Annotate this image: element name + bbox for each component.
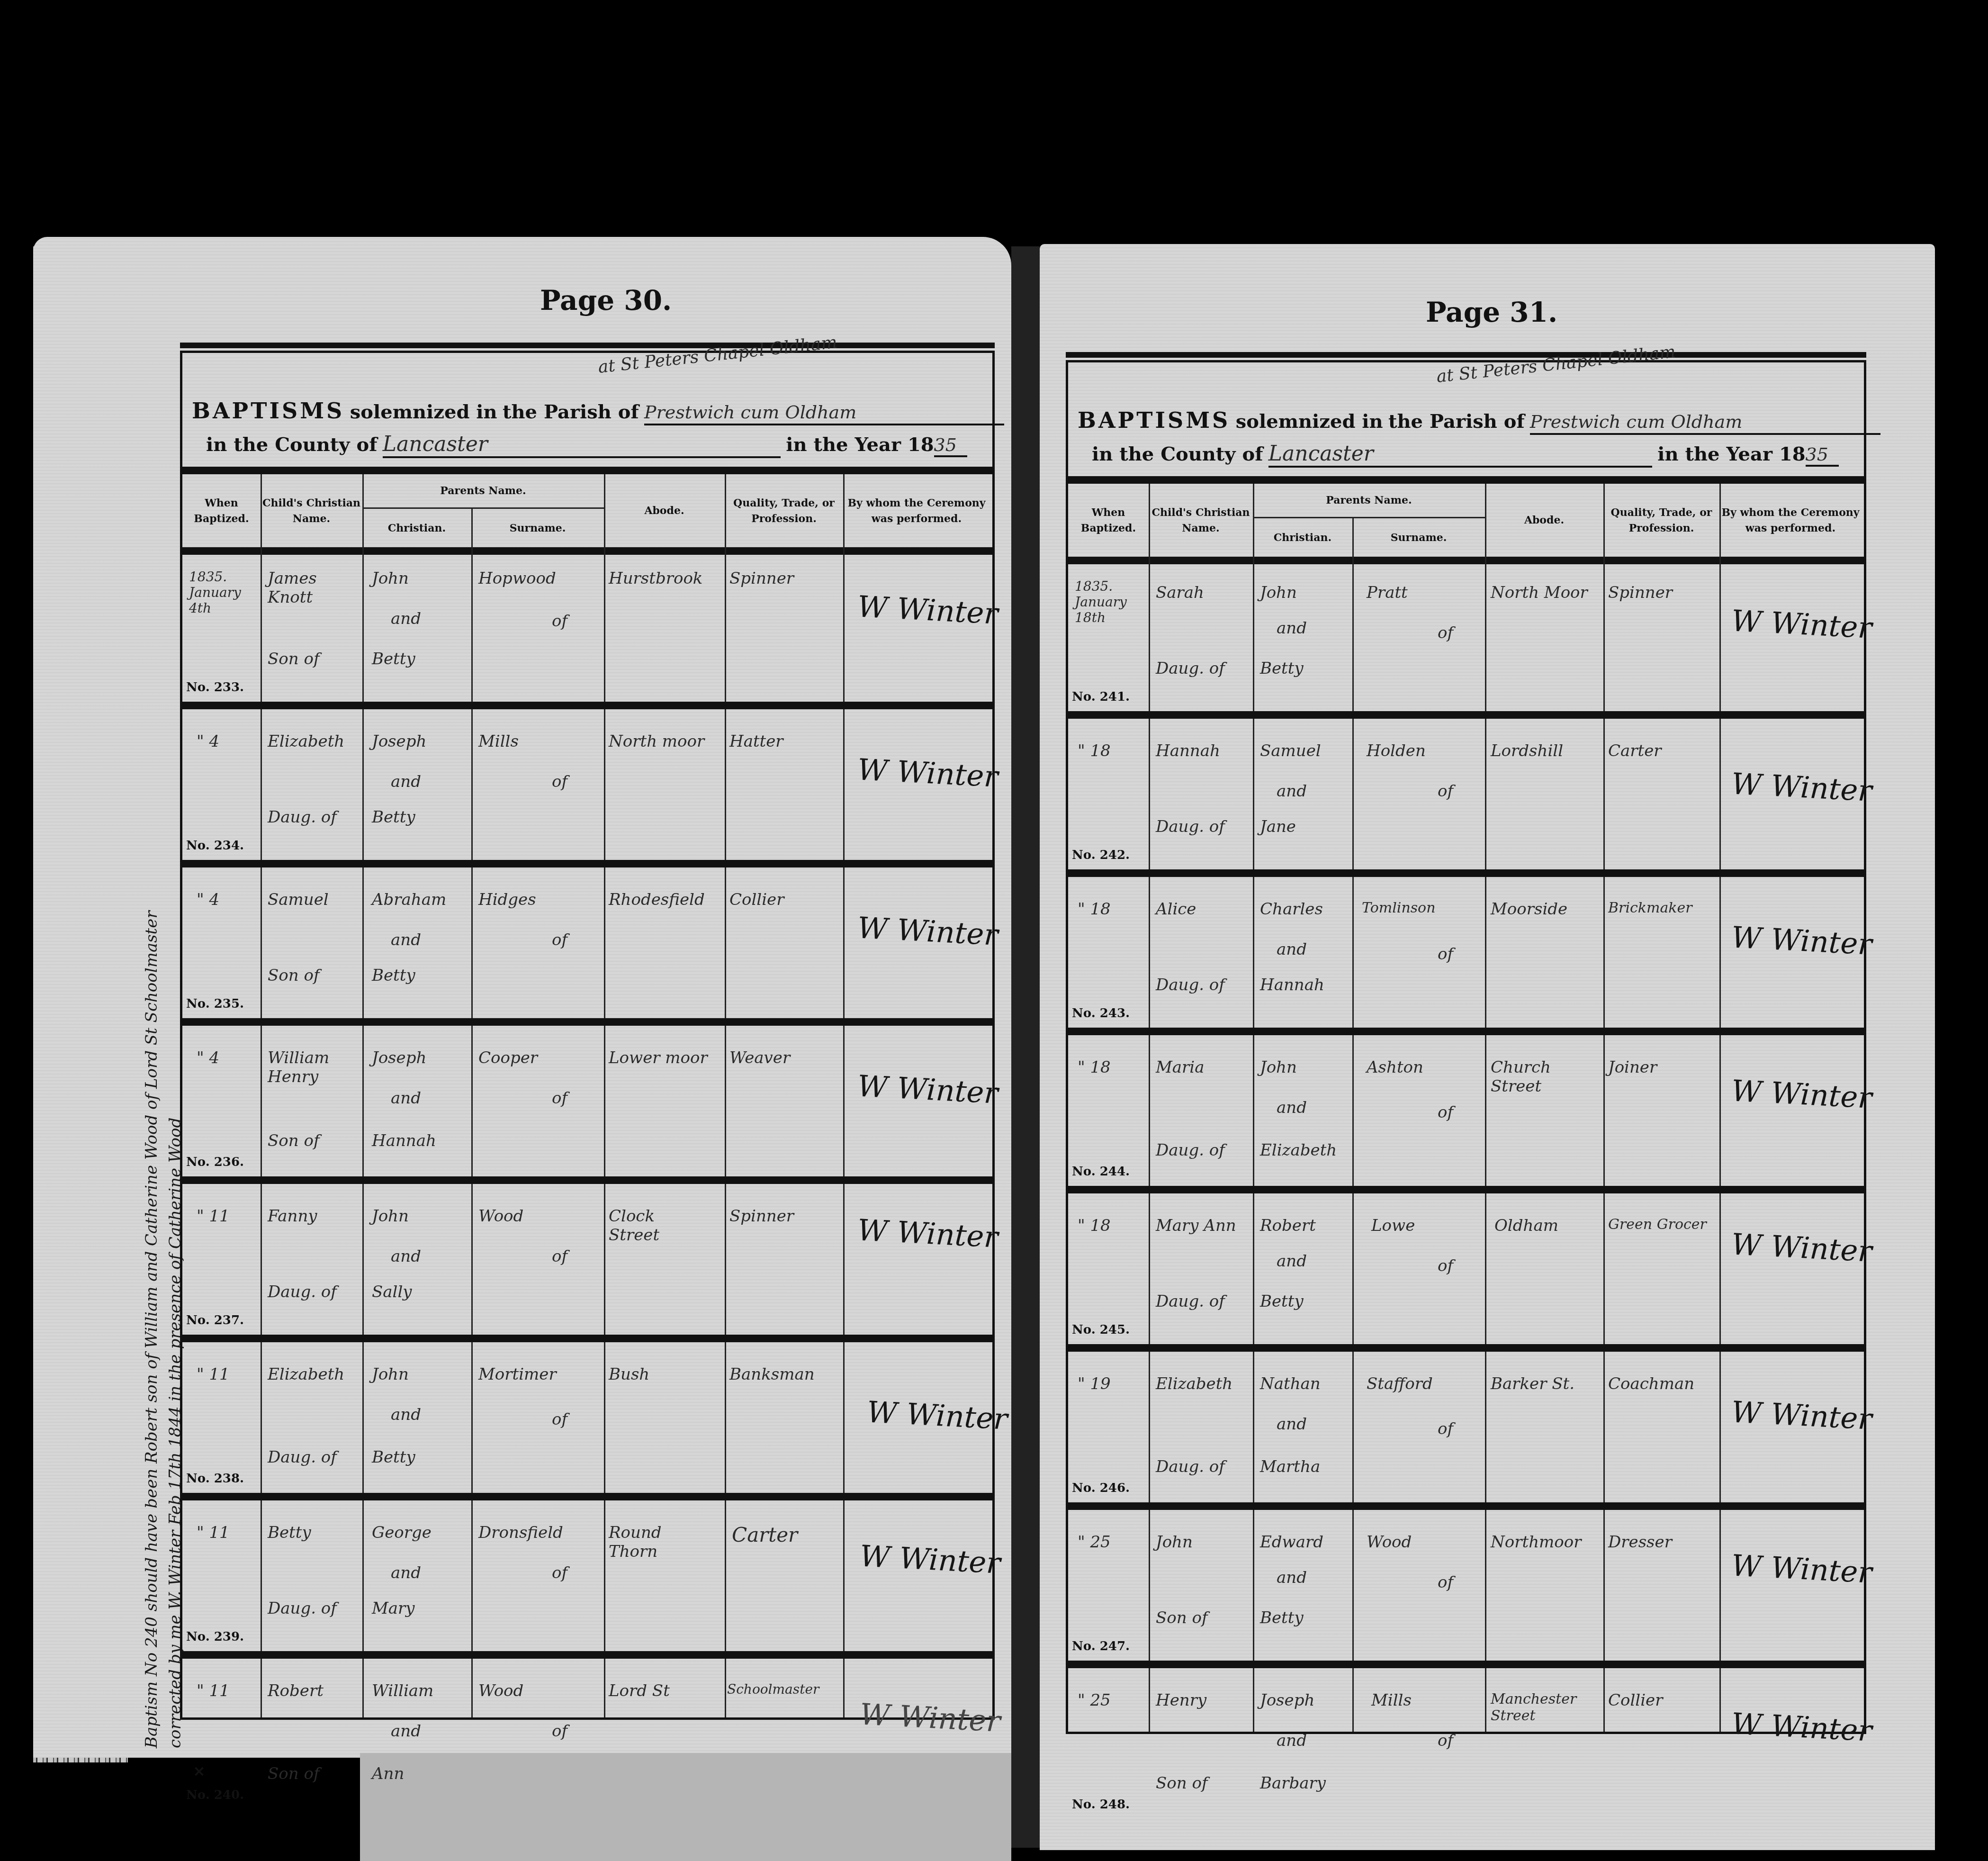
row-rule [182, 702, 992, 709]
county-value: Lancaster [1268, 442, 1374, 466]
entry-relation: Daug. of [1156, 976, 1225, 994]
entry-abode: North moor [609, 732, 704, 751]
entry-of: of [552, 930, 567, 949]
entry-number: No. 238. [186, 1472, 244, 1486]
entry-relation: Son of [268, 1764, 320, 1783]
entry-date: " 11 [197, 1365, 230, 1384]
baptisms-label: BAPTISMS [192, 398, 344, 424]
entry-abode: Manchester Street [1491, 1691, 1581, 1724]
entry-relation: Daug. of [1156, 1292, 1225, 1311]
col-parents: Parents Name. [362, 474, 604, 507]
county-label: in the County of [206, 434, 377, 456]
entry-row: " 11 Elizabeth Daug. of John and Betty M… [182, 1346, 992, 1497]
entry-row: " 4 William Henry Son of Joseph and Hann… [182, 1030, 992, 1180]
col-child: Child's Christian Name. [261, 474, 362, 548]
entry-number: No. 242. [1072, 848, 1130, 862]
row-rule [1068, 1661, 1864, 1668]
entry-and: and [1277, 1731, 1307, 1750]
entry-surname: Cooper [478, 1048, 538, 1067]
entry-row: " 4 Elizabeth Daug. of Joseph and Betty … [182, 713, 992, 864]
entry-surname: Ashton [1367, 1058, 1423, 1077]
entry-trade: Collier [729, 890, 784, 909]
entry-father: William [372, 1681, 433, 1700]
entry-and: and [1277, 1415, 1307, 1434]
baptisms-label: BAPTISMS [1078, 407, 1230, 433]
entry-of: of [1438, 945, 1453, 964]
entry-mother: Betty [1260, 1292, 1304, 1311]
entry-mother: Betty [372, 1448, 415, 1467]
entry-date: 1835. January 4th [189, 569, 260, 616]
entry-trade: Green Grocer [1608, 1216, 1707, 1233]
register-table-right: at St Peters Chapel Oldham BAPTISMS sole… [1066, 360, 1866, 1734]
entry-number: No. 239. [186, 1630, 244, 1644]
parish-field: Prestwich cum Oldham [644, 398, 1004, 425]
entry-child: Hannah [1156, 741, 1220, 760]
entry-of: of [552, 612, 567, 631]
row-rule [1068, 1186, 1864, 1193]
entry-abode: Oldham [1494, 1216, 1558, 1235]
entry-trade: Brickmaker [1608, 900, 1692, 916]
minister-signature: W Winter [1730, 1227, 1872, 1268]
entry-surname: Mortimer [478, 1365, 557, 1384]
entry-relation: Son of [1156, 1774, 1208, 1793]
entry-of: of [552, 1410, 567, 1429]
entry-child: Samuel [268, 890, 329, 909]
entry-mother: Betty [1260, 659, 1304, 678]
entry-of: of [1438, 1256, 1453, 1275]
entry-relation: Daug. of [268, 1448, 337, 1467]
col-christian: Christian. [362, 509, 471, 547]
entry-surname: Hidges [478, 890, 536, 909]
register-header: at St Peters Chapel Oldham BAPTISMS sole… [1068, 362, 1864, 471]
minister-signature: W Winter [856, 1212, 998, 1254]
entry-row: " 11 Fanny Daug. of John and Sally Wood … [182, 1188, 992, 1338]
entry-abode: Lower moor [609, 1048, 708, 1067]
row-rule [182, 1018, 992, 1026]
minister-signature: W Winter [856, 589, 998, 631]
entry-relation: Daug. of [1156, 1141, 1225, 1160]
entry-date: " 4 [197, 890, 219, 909]
county-field: Lancaster [383, 431, 781, 458]
entry-and: and [391, 609, 421, 628]
entry-number: No. 234. [186, 839, 244, 853]
entry-of: of [1438, 1103, 1453, 1122]
entry-mother: Barbary [1260, 1774, 1326, 1793]
entry-of: of [552, 1563, 567, 1582]
county-value: Lancaster [383, 432, 488, 456]
entry-and: and [1277, 782, 1307, 801]
entry-surname: Wood [478, 1207, 523, 1226]
entry-and: and [391, 1089, 421, 1108]
entry-number: No. 248. [1072, 1798, 1130, 1812]
entry-date: " 4 [197, 1048, 219, 1067]
entry-child: Sarah [1156, 583, 1204, 602]
entry-father: Samuel [1260, 741, 1321, 760]
entry-child: Maria [1156, 1058, 1204, 1077]
entry-row: " 18 Alice Daug. of Charles and Hannah T… [1068, 881, 1864, 1031]
entry-date: " 18 [1078, 1216, 1111, 1235]
entry-father: Joseph [372, 732, 426, 751]
entry-of: of [552, 1722, 567, 1741]
entry-mother: Sally [372, 1283, 412, 1301]
col-by-whom: By whom the Ceremony was performed. [1719, 484, 1862, 557]
entry-and: and [1277, 1568, 1307, 1587]
row-rule [1068, 711, 1864, 719]
year-label: in the Year 18 [1657, 443, 1805, 465]
entry-row: " 18 Hannah Daug. of Samuel and Jane Hol… [1068, 723, 1864, 873]
entry-father: John [1260, 583, 1297, 602]
parish-value: Prestwich cum Oldham [644, 402, 856, 423]
entry-surname: Holden [1367, 741, 1426, 760]
header-line-county: in the County of Lancaster in the Year 1… [206, 431, 967, 458]
entry-relation: Son of [1156, 1608, 1208, 1627]
entry-number: No. 241. [1072, 690, 1130, 704]
county-label: in the County of [1092, 443, 1263, 465]
header-rule [1068, 476, 1864, 484]
minister-signature: W Winter [1730, 1706, 1872, 1748]
entry-child: Robert [268, 1681, 324, 1700]
entry-child: James Knott [268, 569, 358, 607]
entry-and: and [391, 1563, 421, 1582]
entry-mother: Betty [372, 650, 415, 669]
entry-mother: Betty [1260, 1608, 1304, 1627]
row-rule [182, 860, 992, 867]
entry-of: of [552, 1247, 567, 1266]
register-table-left: at St Peters Chapel Oldham BAPTISMS sole… [180, 351, 995, 1720]
year-label: in the Year 18 [786, 434, 934, 456]
entry-surname: Stafford [1367, 1374, 1433, 1393]
entry-number: No. 240. [186, 1788, 244, 1802]
entry-number: No. 243. [1072, 1006, 1130, 1021]
entry-father: Joseph [1260, 1691, 1314, 1710]
correction-mark: × [193, 1762, 206, 1780]
entry-number: No. 233. [186, 680, 244, 695]
entry-child: Elizabeth [1156, 1374, 1232, 1393]
row-rule [182, 1651, 992, 1659]
entry-row: " 11 Robert Son of William and Ann Wood … [182, 1662, 992, 1813]
parish-value: Prestwich cum Oldham [1530, 411, 1742, 432]
entry-abode: Northmoor [1491, 1533, 1581, 1552]
entry-date: " 18 [1078, 900, 1111, 919]
entry-of: of [1438, 1419, 1453, 1438]
entry-row: " 18 Maria Daug. of John and Elizabeth A… [1068, 1039, 1864, 1190]
entry-row: " 25 John Son of Edward and Betty Wood o… [1068, 1514, 1864, 1664]
entry-trade: Collier [1608, 1691, 1663, 1710]
entry-of: of [552, 772, 567, 791]
entry-trade: Weaver [729, 1048, 790, 1067]
entry-relation: Son of [268, 1131, 320, 1150]
entry-father: John [372, 569, 409, 588]
entry-surname: Hopwood [478, 569, 556, 588]
parents-subrule [1253, 517, 1485, 518]
entry-number: No. 236. [186, 1155, 244, 1169]
entry-number: No. 245. [1072, 1323, 1130, 1337]
entry-and: and [391, 772, 421, 791]
entry-trade: Spinner [729, 1207, 794, 1226]
entry-child: John [1156, 1533, 1193, 1552]
entry-row: 1835. January 18th Sarah Daug. of John a… [1068, 564, 1864, 715]
entry-father: Charles [1260, 900, 1323, 919]
entry-surname: Lowe [1371, 1216, 1415, 1235]
minister-signature: W Winter [856, 752, 998, 794]
entry-and: and [391, 1722, 421, 1741]
year-value: 35 [1806, 444, 1839, 467]
entry-relation: Son of [268, 650, 320, 669]
entry-trade: Dresser [1608, 1533, 1672, 1552]
entry-mother: Hannah [372, 1131, 436, 1150]
minister-signature: W Winter [859, 1697, 1001, 1738]
entry-relation: Daug. of [268, 808, 337, 827]
minister-signature: W Winter [1730, 1394, 1872, 1436]
book-gutter [1011, 246, 1040, 1848]
entry-trade: Carter [1608, 741, 1662, 760]
entry-abode: Barker St. [1491, 1374, 1574, 1393]
entry-number: No. 246. [1072, 1481, 1130, 1495]
row-rule [1068, 1028, 1864, 1035]
entry-abode: Lordshill [1491, 741, 1563, 760]
entry-number: No. 235. [186, 997, 244, 1011]
entry-father: John [1260, 1058, 1297, 1077]
minister-signature: W Winter [1730, 920, 1872, 961]
entry-date: " 18 [1078, 1058, 1111, 1077]
year-value: 35 [934, 434, 967, 457]
parish-field: Prestwich cum Oldham [1530, 408, 1880, 435]
entry-relation: Daug. of [1156, 817, 1225, 836]
entry-child: Elizabeth [268, 1365, 344, 1384]
entry-surname: Dronsfield [478, 1523, 563, 1542]
entry-abode: Church Street [1491, 1058, 1571, 1096]
entry-date: " 19 [1078, 1374, 1111, 1393]
entry-relation: Son of [268, 966, 320, 985]
entry-of: of [552, 1089, 567, 1108]
entry-mother: Betty [372, 966, 415, 985]
minister-signature: W Winter [1730, 1548, 1872, 1590]
entry-row: " 4 Samuel Son of Abraham and Betty Hidg… [182, 871, 992, 1022]
entry-father: Joseph [372, 1048, 426, 1067]
header-rule [182, 467, 992, 474]
entry-abode: Hurstbrook [609, 569, 702, 588]
register-header: at St Peters Chapel Oldham BAPTISMS sole… [182, 353, 992, 462]
entry-surname: Mills [1371, 1691, 1412, 1710]
entry-date: " 11 [197, 1523, 230, 1542]
entry-mother: Mary [372, 1599, 415, 1618]
entry-relation: Daug. of [1156, 1457, 1225, 1476]
entry-row: " 18 Mary Ann Daug. of Robert and Betty … [1068, 1197, 1864, 1348]
header-line-parish: BAPTISMS solemnized in the Parish of Pre… [1078, 407, 1880, 435]
entry-row: 1835. January 4th James Knott Son of Joh… [182, 555, 992, 705]
entry-child: Fanny [268, 1207, 317, 1226]
entry-of: of [1438, 1731, 1453, 1750]
entry-abode: Bush [609, 1365, 649, 1384]
entry-child: Elizabeth [268, 732, 344, 751]
entry-number: No. 237. [186, 1313, 244, 1328]
row-rule [1068, 869, 1864, 877]
entry-date: " 25 [1078, 1533, 1111, 1552]
entry-of: of [1438, 623, 1453, 642]
entry-row: " 11 Betty Daug. of George and Mary Dron… [182, 1504, 992, 1655]
entry-surname: Tomlinson [1362, 900, 1435, 916]
entry-child: Mary Ann [1156, 1216, 1236, 1235]
entry-and: and [391, 930, 421, 949]
col-trade: Quality, Trade, or Profession. [725, 474, 843, 548]
entry-father: Edward [1260, 1533, 1323, 1552]
entry-number: No. 247. [1072, 1639, 1130, 1653]
entry-mother: Martha [1260, 1457, 1320, 1476]
col-when: When Baptized. [1068, 484, 1149, 557]
page-number-left: Page 30. [540, 284, 672, 316]
entry-and: and [1277, 940, 1307, 959]
minister-signature: W Winter [856, 910, 998, 952]
col-surname: Surname. [1352, 519, 1485, 557]
entry-abode: Rhodesfield [609, 890, 705, 909]
header-line-county: in the County of Lancaster in the Year 1… [1092, 441, 1839, 468]
entry-father: John [372, 1365, 409, 1384]
column-header-rule [1068, 557, 1864, 564]
entry-trade: Hatter [729, 732, 783, 751]
parish-label: the Parish of [503, 401, 639, 423]
entry-and: and [1277, 1098, 1307, 1117]
entry-and: and [391, 1247, 421, 1266]
entry-mother: Ann [372, 1764, 404, 1783]
minister-signature: W Winter [1730, 603, 1872, 645]
row-rule [1068, 1344, 1864, 1352]
entry-abode: Moorside [1491, 900, 1567, 919]
entry-and: and [391, 1405, 421, 1424]
entry-and: and [1277, 619, 1307, 638]
entry-mother: Hannah [1260, 976, 1324, 994]
entry-of: of [1438, 782, 1453, 801]
entry-relation: Daug. of [268, 1283, 337, 1301]
minister-signature: W Winter [856, 1068, 998, 1110]
entry-abode: Round Thorn [609, 1523, 684, 1561]
entry-relation: Daug. of [1156, 659, 1225, 678]
entry-row: " 19 Elizabeth Daug. of Nathan and Marth… [1068, 1355, 1864, 1506]
entry-surname: Pratt [1367, 583, 1408, 602]
entry-trade: Banksman [729, 1365, 815, 1384]
entry-father: Nathan [1260, 1374, 1321, 1393]
entry-date: " 4 [197, 732, 219, 751]
entry-number: No. 244. [1072, 1165, 1130, 1179]
entry-of: of [1438, 1573, 1453, 1592]
entry-child: Alice [1156, 900, 1196, 919]
entry-trade: Joiner [1608, 1058, 1657, 1077]
entry-row: " 25 Henry Son of Joseph and Barbary Mil… [1068, 1672, 1864, 1823]
entry-surname: Wood [478, 1681, 523, 1700]
parents-subrule [362, 507, 604, 509]
row-rule [1068, 1502, 1864, 1510]
page-number-right: Page 31. [1426, 296, 1557, 328]
entry-father: Abraham [372, 890, 446, 909]
col-surname: Surname. [471, 509, 604, 547]
entry-child: William Henry [268, 1048, 358, 1086]
entry-date: " 11 [197, 1681, 230, 1700]
minister-signature: W Winter [1730, 766, 1872, 808]
row-rule [182, 1493, 992, 1500]
solemnized-label: solemnized in [1236, 410, 1383, 433]
col-abode: Abode. [604, 474, 725, 548]
entry-date: " 18 [1078, 741, 1111, 760]
entry-relation: Daug. of [268, 1599, 337, 1618]
entry-mother: Betty [372, 808, 415, 827]
entry-trade: Carter [732, 1523, 798, 1546]
county-field: Lancaster [1268, 441, 1652, 468]
col-child: Child's Christian Name. [1149, 484, 1253, 557]
col-parents: Parents Name. [1253, 484, 1485, 517]
entry-surname: Wood [1367, 1533, 1412, 1552]
col-christian: Christian. [1253, 519, 1352, 557]
entry-child: Henry [1156, 1691, 1206, 1710]
minister-signature: W Winter [866, 1394, 1008, 1436]
entry-abode: Clock Street [609, 1207, 684, 1245]
column-header-rule [182, 547, 992, 555]
entry-date: " 11 [197, 1207, 230, 1226]
col-by-whom: By whom the Ceremony was performed. [843, 474, 990, 548]
entry-date: " 25 [1078, 1691, 1111, 1710]
entry-abode: Lord St [609, 1681, 670, 1700]
col-trade: Quality, Trade, or Profession. [1603, 484, 1719, 557]
margin-correction-note-line1: Baptism No 240 should have been Robert s… [142, 911, 161, 1748]
entry-date: 1835. January 18th [1075, 578, 1146, 625]
entry-father: John [372, 1207, 409, 1226]
entry-trade: Spinner [1608, 583, 1673, 602]
row-rule [182, 1176, 992, 1184]
entry-child: Betty [268, 1523, 311, 1542]
entry-and: and [1277, 1252, 1307, 1271]
parish-label: the Parish of [1388, 410, 1525, 433]
entry-mother: Jane [1260, 817, 1296, 836]
header-line-parish: BAPTISMS solemnized in the Parish of Pre… [192, 398, 1004, 425]
col-when: When Baptized. [182, 474, 261, 548]
entry-abode: North Moor [1491, 583, 1588, 602]
entry-trade: Spinner [729, 569, 794, 588]
entry-father: George [372, 1523, 432, 1542]
entry-mother: Elizabeth [1260, 1141, 1337, 1160]
entry-surname: Mills [478, 732, 519, 751]
entry-trade: Coachman [1608, 1374, 1694, 1393]
solemnized-label: solemnized in [350, 401, 497, 423]
col-abode: Abode. [1485, 484, 1603, 557]
row-rule [182, 1335, 992, 1342]
entry-father: Robert [1260, 1216, 1316, 1235]
entry-trade: Schoolmaster [727, 1681, 819, 1697]
minister-signature: W Winter [859, 1538, 1001, 1580]
minister-signature: W Winter [1730, 1073, 1872, 1115]
